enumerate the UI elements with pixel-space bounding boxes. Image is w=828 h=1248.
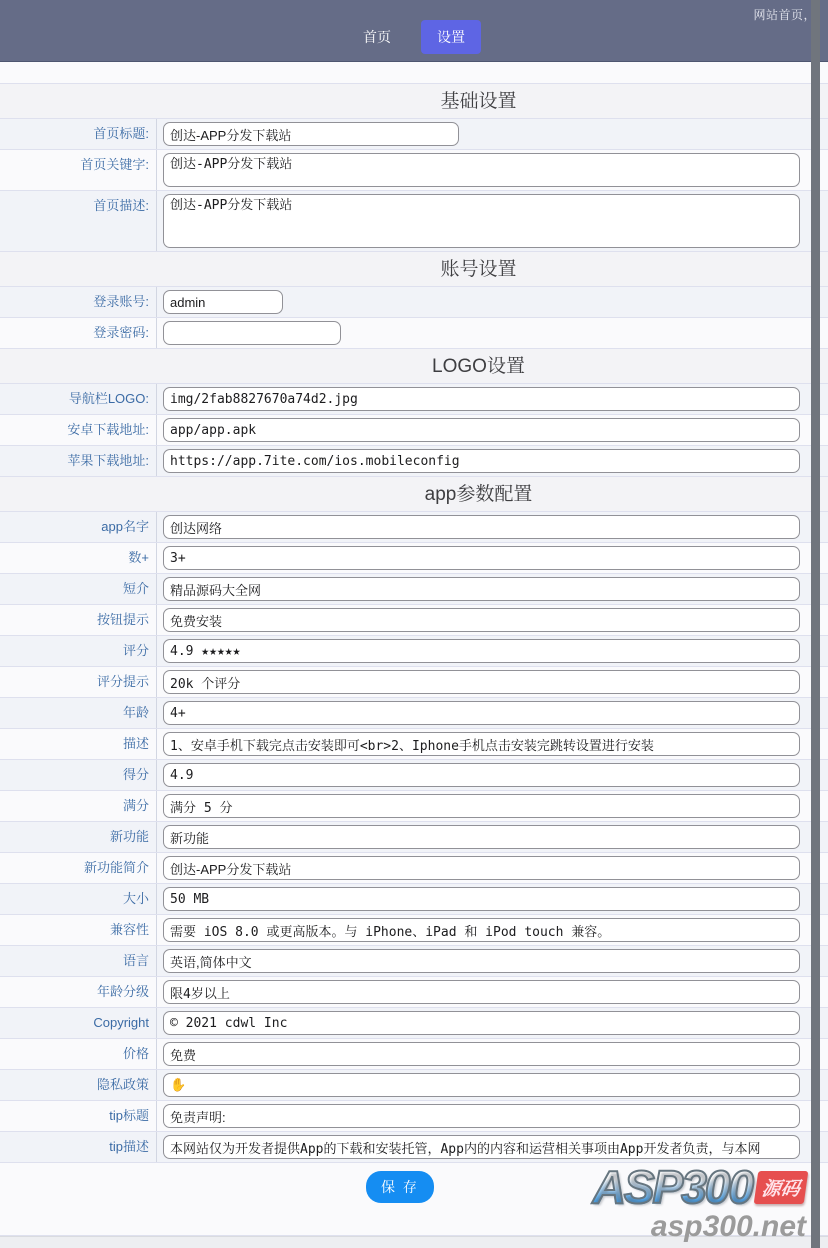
- field-cell: [157, 318, 828, 348]
- field-row: 安卓下载地址:: [0, 415, 828, 446]
- field-input[interactable]: [163, 290, 283, 314]
- field-row: 评分提示: [0, 667, 828, 698]
- field-input[interactable]: [163, 387, 800, 411]
- field-input[interactable]: [163, 794, 800, 818]
- field-row: 苹果下载地址:: [0, 446, 828, 477]
- field-label: 隐私政策: [0, 1070, 157, 1100]
- field-row: 短介: [0, 574, 828, 605]
- section-title-spacer: [0, 252, 157, 286]
- field-row: 描述: [0, 729, 828, 760]
- field-row: 语言: [0, 946, 828, 977]
- tab-home[interactable]: 首页: [347, 20, 407, 54]
- field-input[interactable]: [163, 887, 800, 911]
- field-row: 登录账号:: [0, 287, 828, 318]
- field-cell: [157, 150, 828, 190]
- field-label: 登录账号:: [0, 287, 157, 317]
- field-label: 苹果下载地址:: [0, 446, 157, 476]
- field-cell: [157, 822, 828, 852]
- section-title: 基础设置: [157, 84, 828, 118]
- field-input[interactable]: [163, 418, 800, 442]
- save-button[interactable]: 保 存: [366, 1171, 434, 1203]
- footer-strip: [0, 1236, 828, 1248]
- field-cell: [157, 543, 828, 573]
- field-cell: [157, 1101, 828, 1131]
- field-input[interactable]: [163, 321, 341, 345]
- field-row: 数+: [0, 543, 828, 574]
- field-input[interactable]: [163, 1011, 800, 1035]
- field-label: 年龄: [0, 698, 157, 728]
- field-cell: [157, 915, 828, 945]
- section-title-row: app参数配置: [0, 477, 828, 512]
- field-row: 年龄分级: [0, 977, 828, 1008]
- field-row: 价格: [0, 1039, 828, 1070]
- field-row: 首页标题:: [0, 119, 828, 150]
- field-label: 大小: [0, 884, 157, 914]
- field-input[interactable]: [163, 918, 800, 942]
- field-cell: [157, 384, 828, 414]
- field-label: 导航栏LOGO:: [0, 384, 157, 414]
- section-title-spacer: [0, 84, 157, 118]
- field-cell: [157, 791, 828, 821]
- field-row: 评分: [0, 636, 828, 667]
- field-label: 评分提示: [0, 667, 157, 697]
- field-row: 满分: [0, 791, 828, 822]
- field-row: 首页关键字:: [0, 150, 828, 191]
- field-input[interactable]: [163, 194, 800, 248]
- field-row: Copyright: [0, 1008, 828, 1039]
- field-label: 价格: [0, 1039, 157, 1069]
- field-input[interactable]: [163, 763, 800, 787]
- field-cell: [157, 415, 828, 445]
- field-label: 登录密码:: [0, 318, 157, 348]
- field-label: app名字: [0, 512, 157, 542]
- field-row: 新功能: [0, 822, 828, 853]
- field-label: 得分: [0, 760, 157, 790]
- field-cell: [157, 729, 828, 759]
- field-cell: [157, 977, 828, 1007]
- field-cell: [157, 1008, 828, 1038]
- section-title: LOGO设置: [157, 349, 828, 383]
- field-input[interactable]: [163, 608, 800, 632]
- field-label: 数+: [0, 543, 157, 573]
- field-input[interactable]: [163, 1104, 800, 1128]
- field-cell: [157, 1070, 828, 1100]
- field-input[interactable]: [163, 1042, 800, 1066]
- section-title: app参数配置: [157, 477, 828, 511]
- field-cell: [157, 636, 828, 666]
- field-row: 大小: [0, 884, 828, 915]
- field-label: tip描述: [0, 1132, 157, 1162]
- field-cell: [157, 119, 828, 149]
- vertical-scrollbar[interactable]: [811, 0, 820, 1248]
- section-title-spacer: [0, 349, 157, 383]
- section-title-spacer: [0, 477, 157, 511]
- field-label: 新功能: [0, 822, 157, 852]
- field-input[interactable]: [163, 639, 800, 663]
- field-input[interactable]: [163, 546, 800, 570]
- field-cell: [157, 287, 828, 317]
- field-cell: [157, 191, 828, 251]
- field-cell: [157, 667, 828, 697]
- field-input[interactable]: [163, 949, 800, 973]
- field-input[interactable]: [163, 856, 800, 880]
- field-label: 语言: [0, 946, 157, 976]
- field-cell: [157, 760, 828, 790]
- field-row: 按钮提示: [0, 605, 828, 636]
- field-row: app名字: [0, 512, 828, 543]
- field-cell: [157, 698, 828, 728]
- field-label: 首页标题:: [0, 119, 157, 149]
- section-title: 账号设置: [157, 252, 828, 286]
- field-input[interactable]: [163, 515, 800, 539]
- section-title-row: 账号设置: [0, 252, 828, 287]
- field-input[interactable]: [163, 577, 800, 601]
- field-cell: [157, 446, 828, 476]
- tab-settings[interactable]: 设置: [421, 20, 481, 54]
- field-cell: [157, 1039, 828, 1069]
- field-row: 得分: [0, 760, 828, 791]
- save-row: 保 存: [0, 1163, 828, 1236]
- field-label: Copyright: [0, 1008, 157, 1038]
- field-row: 兼容性: [0, 915, 828, 946]
- field-input[interactable]: [163, 153, 800, 187]
- field-cell: [157, 1132, 828, 1162]
- field-input[interactable]: [163, 670, 800, 694]
- field-label: 按钮提示: [0, 605, 157, 635]
- field-cell: [157, 512, 828, 542]
- field-label: 年龄分级: [0, 977, 157, 1007]
- field-input[interactable]: [163, 701, 800, 725]
- field-row: 登录密码:: [0, 318, 828, 349]
- app-header: 网站首页， 首页 设置: [0, 0, 828, 62]
- field-label: 安卓下载地址:: [0, 415, 157, 445]
- field-row: 新功能简介: [0, 853, 828, 884]
- field-label: tip标题: [0, 1101, 157, 1131]
- field-label: 首页描述:: [0, 191, 157, 251]
- field-cell: [157, 574, 828, 604]
- section-title-row: 基础设置: [0, 84, 828, 119]
- field-cell: [157, 946, 828, 976]
- field-input[interactable]: [163, 732, 800, 756]
- field-input[interactable]: [163, 1073, 800, 1097]
- field-label: 兼容性: [0, 915, 157, 945]
- field-label: 首页关键字:: [0, 150, 157, 190]
- field-cell: [157, 884, 828, 914]
- field-row: tip描述: [0, 1132, 828, 1163]
- field-input[interactable]: [163, 122, 459, 146]
- field-input[interactable]: [163, 449, 800, 473]
- field-row: 年龄: [0, 698, 828, 729]
- field-input[interactable]: [163, 825, 800, 849]
- header-tabs: 首页 设置: [0, 20, 828, 54]
- field-label: 评分: [0, 636, 157, 666]
- field-cell: [157, 853, 828, 883]
- settings-form: 基础设置首页标题:首页关键字:首页描述:账号设置登录账号:登录密码:LOGO设置…: [0, 62, 828, 1163]
- field-row: 隐私政策: [0, 1070, 828, 1101]
- field-row: tip标题: [0, 1101, 828, 1132]
- field-label: 新功能简介: [0, 853, 157, 883]
- section-title-row: LOGO设置: [0, 349, 828, 384]
- field-input[interactable]: [163, 980, 800, 1004]
- field-label: 满分: [0, 791, 157, 821]
- field-input[interactable]: [163, 1135, 800, 1159]
- field-row: 首页描述:: [0, 191, 828, 252]
- field-row: 导航栏LOGO:: [0, 384, 828, 415]
- field-label: 描述: [0, 729, 157, 759]
- spacer-row: [0, 62, 828, 84]
- field-label: 短介: [0, 574, 157, 604]
- field-cell: [157, 605, 828, 635]
